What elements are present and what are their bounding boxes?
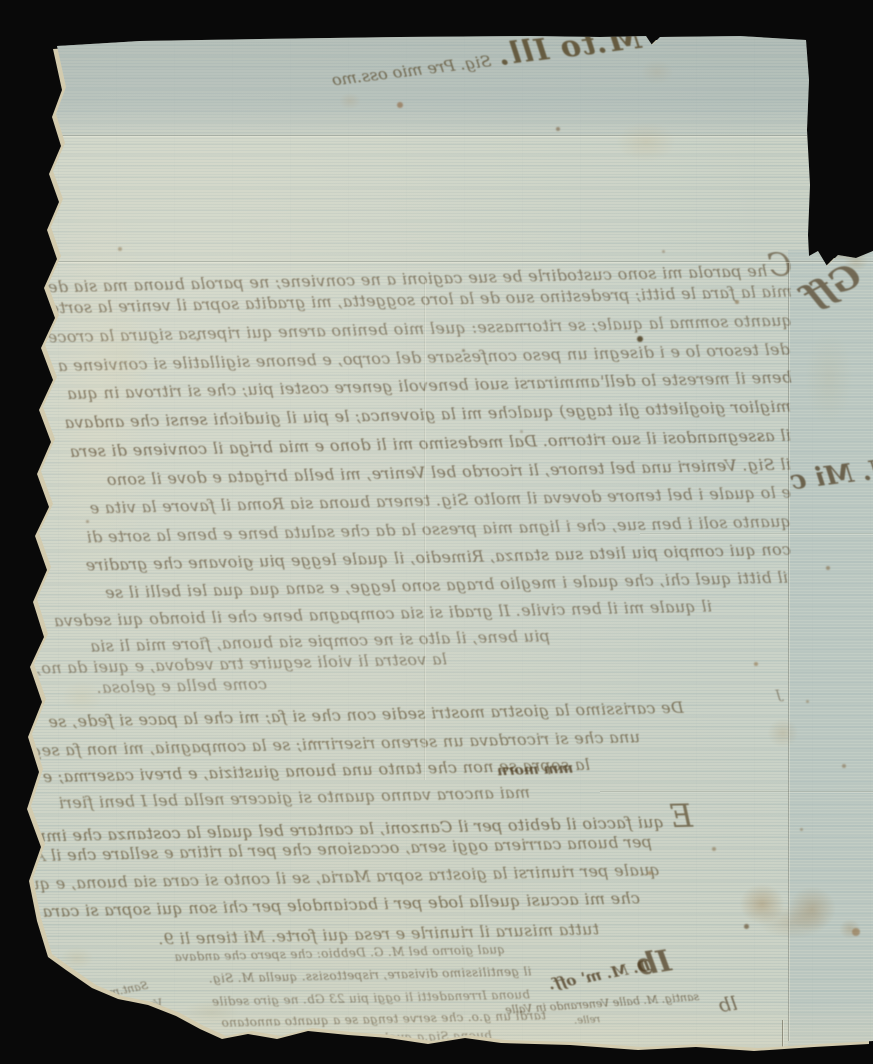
fold-crease: [782, 1020, 783, 1048]
ink-speck: [86, 520, 89, 523]
ink-speck: [196, 338, 199, 341]
ink-speck: [556, 127, 560, 131]
ink-speck: [842, 764, 846, 768]
stain: [748, 900, 838, 944]
scanner-background: M.to Ill. Sig. Pre mio oss.mo Che parola…: [0, 0, 873, 1064]
ink-speck: [637, 336, 643, 342]
stain: [56, 676, 108, 718]
ink-speck: [852, 928, 860, 936]
stain: [806, 246, 873, 262]
stain: [336, 90, 364, 112]
ink-speck: [250, 560, 253, 563]
stain: [763, 714, 803, 752]
ink-speck: [462, 349, 465, 352]
signature-word: relle.: [574, 1014, 601, 1026]
stain: [56, 944, 98, 972]
postscript-left-2: Venerand in Valle: [66, 996, 164, 1029]
ink-speck: [735, 300, 739, 304]
ink-speck: [310, 740, 313, 743]
ink-speck: [826, 566, 830, 570]
ink-speck: [758, 438, 761, 441]
ink-speck: [648, 871, 652, 875]
fold-crease: [788, 263, 789, 1041]
ink-speck: [397, 102, 403, 108]
letter-sheet-wrap: M.to Ill. Sig. Pre mio oss.mo Che parola…: [0, 0, 873, 1064]
signature-tail: lb: [716, 991, 738, 1017]
heavy-ink-dash: mm morn: [497, 761, 574, 780]
ink-speck: [744, 924, 749, 929]
stain: [836, 916, 864, 942]
signature-flourish: Ib: [633, 943, 673, 983]
stain: [86, 296, 158, 420]
fold-crease: [40, 261, 873, 262]
fold-crease: [50, 135, 807, 136]
letter-sheet: M.to Ill. Sig. Pre mio oss.mo Che parola…: [0, 0, 873, 1064]
fold-crease: [600, 791, 873, 792]
ink-speck: [806, 700, 809, 703]
manuscript-line: come bella e gelosa.: [112, 675, 267, 697]
stain: [636, 56, 678, 88]
ink-speck: [800, 828, 803, 831]
ink-speck: [662, 250, 665, 253]
ink-speck: [520, 430, 523, 433]
ink-speck: [754, 662, 758, 666]
stain: [798, 316, 860, 440]
ink-speck: [712, 847, 716, 851]
fold-crease: [424, 280, 425, 780]
stain: [176, 996, 248, 1028]
fold-crease: [640, 533, 873, 534]
stain: [608, 116, 684, 168]
ink-speck: [118, 247, 122, 251]
